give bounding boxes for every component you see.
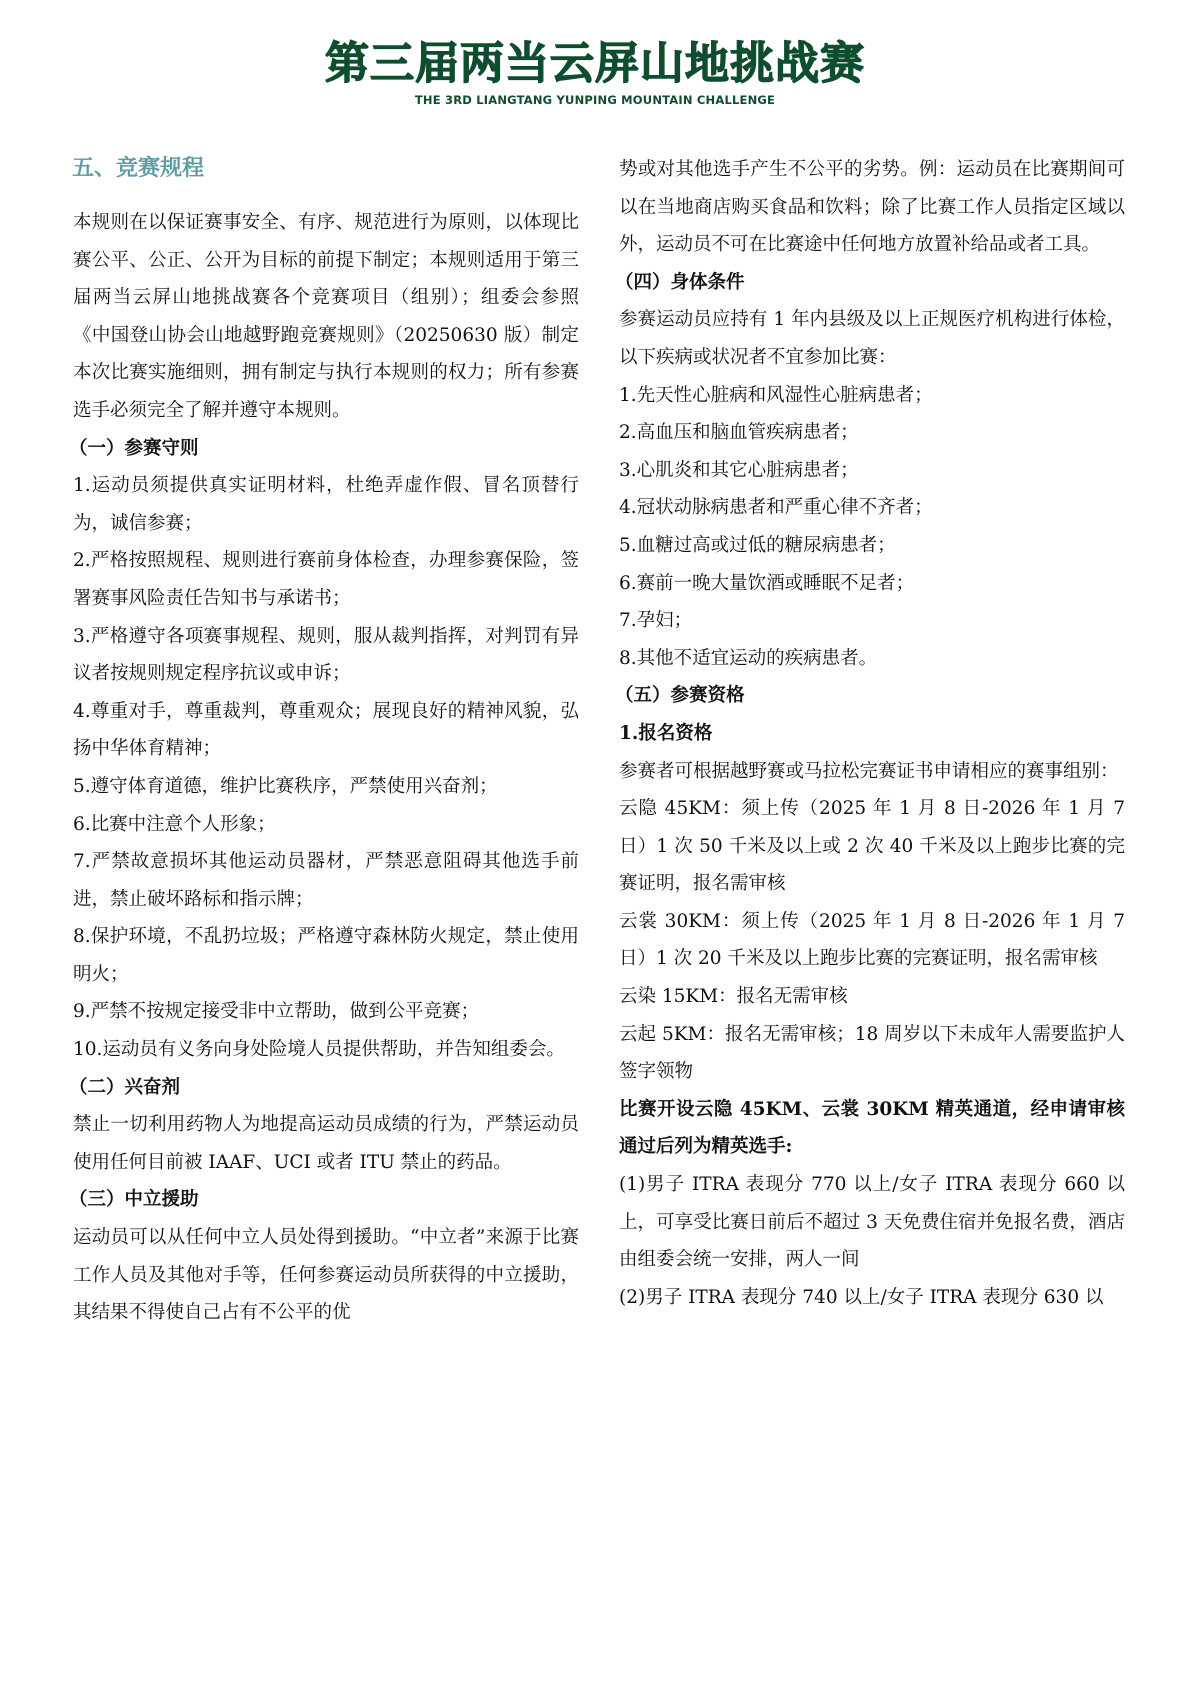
rule-item: 6.比赛中注意个人形象； xyxy=(73,806,579,844)
subheading-registration: 1.报名资格 xyxy=(619,715,1125,753)
rule-item: 7.严禁故意损坏其他运动员器材，严禁恶意阻碍其他选手前进，禁止破坏路标和指示牌； xyxy=(73,843,579,918)
neutral-aid-paragraph: 运动员可以从任何中立人员处得到援助。“中立者”来源于比赛工作人员及其他对手等，任… xyxy=(73,1219,579,1332)
physical-paragraph: 参赛运动员应持有 1 年内县级及以上正规医疗机构进行体检，以下疾病或状况者不宜参… xyxy=(619,301,1125,376)
rule-item: 9.严禁不按规定接受非中立帮助，做到公平竞赛； xyxy=(73,993,579,1031)
subheading-physical: （四）身体条件 xyxy=(615,264,1125,302)
neutral-aid-paragraph-continued: 势或对其他选手产生不公平的劣势。例：运动员在比赛期间可以在当地商店购买食品和饮料… xyxy=(619,151,1125,264)
condition-item: 5.血糖过高或过低的糖尿病患者； xyxy=(619,527,1125,565)
group-item: 云隐 45KM：须上传（2025 年 1 月 8 日-2026 年 1 月 7 … xyxy=(619,790,1125,903)
condition-item: 7.孕妇； xyxy=(619,602,1125,640)
group-item: 云裳 30KM：须上传（2025 年 1 月 8 日-2026 年 1 月 7 … xyxy=(619,903,1125,978)
rule-item: 4.尊重对手，尊重裁判，尊重观众；展现良好的精神风貌，弘扬中华体育精神； xyxy=(73,693,579,768)
condition-item: 3.心肌炎和其它心脏病患者； xyxy=(619,452,1125,490)
intro-paragraph: 本规则在以保证赛事安全、有序、规范进行为原则，以体现比赛公平、公正、公开为目标的… xyxy=(73,204,579,430)
rule-item: 5.遵守体育道德，维护比赛秩序，严禁使用兴奋剂； xyxy=(73,768,579,806)
elite-item: (1)男子 ITRA 表现分 770 以上/女子 ITRA 表现分 660 以上… xyxy=(619,1166,1125,1279)
condition-item: 4.冠状动脉病患者和严重心律不齐者； xyxy=(619,489,1125,527)
rule-item: 3.严格遵守各项赛事规程、规则，服从裁判指挥，对判罚有异议者按规则规定程序抗议或… xyxy=(73,618,579,693)
condition-item: 6.赛前一晚大量饮酒或睡眠不足者； xyxy=(619,565,1125,603)
document-header: 第三届两当云屏山地挑战赛 THE 3RD LIANGTANG YUNPING M… xyxy=(0,38,1190,107)
subheading-rules: （一）参赛守则 xyxy=(69,430,579,468)
condition-item: 8.其他不适宜运动的疾病患者。 xyxy=(619,640,1125,678)
rule-item: 10.运动员有义务向身处险境人员提供帮助，并告知组委会。 xyxy=(73,1031,579,1069)
subheading-doping: （二）兴奋剂 xyxy=(69,1069,579,1107)
subheading-eligibility: （五）参赛资格 xyxy=(615,677,1125,715)
rule-item: 8.保护环境，不乱扔垃圾；严格遵守森林防火规定，禁止使用明火； xyxy=(73,918,579,993)
subheading-neutral-aid: （三）中立援助 xyxy=(69,1181,579,1219)
rule-item: 2.严格按照规程、规则进行赛前身体检查，办理参赛保险，签署赛事风险责任告知书与承… xyxy=(73,542,579,617)
right-column: 势或对其他选手产生不公平的劣势。例：运动员在比赛期间可以在当地商店购买食品和饮料… xyxy=(619,151,1125,1316)
condition-item: 1.先天性心脏病和风湿性心脏病患者； xyxy=(619,377,1125,415)
doping-paragraph: 禁止一切利用药物人为地提高运动员成绩的行为，严禁运动员使用任何目前被 IAAF、… xyxy=(73,1106,579,1181)
elite-note: 比赛开设云隐 45KM、云裳 30KM 精英通道，经申请审核通过后列为精英选手: xyxy=(619,1091,1125,1166)
rule-item: 1.运动员须提供真实证明材料，杜绝弄虚作假、冒名顶替行为，诚信参赛； xyxy=(73,467,579,542)
left-column: 五、竞赛规程 本规则在以保证赛事安全、有序、规范进行为原则，以体现比赛公平、公正… xyxy=(73,150,579,1332)
group-item: 云起 5KM：报名无需审核；18 周岁以下未成年人需要监护人签字领物 xyxy=(619,1016,1125,1091)
group-item: 云染 15KM：报名无需审核 xyxy=(619,978,1125,1016)
eligibility-paragraph: 参赛者可根据越野赛或马拉松完赛证书申请相应的赛事组别： xyxy=(619,753,1125,791)
event-title-cn: 第三届两当云屏山地挑战赛 xyxy=(0,38,1190,90)
elite-item: (2)男子 ITRA 表现分 740 以上/女子 ITRA 表现分 630 以 xyxy=(619,1279,1125,1317)
condition-item: 2.高血压和脑血管疾病患者； xyxy=(619,414,1125,452)
section-title: 五、竞赛规程 xyxy=(72,154,579,184)
event-title-en: THE 3RD LIANGTANG YUNPING MOUNTAIN CHALL… xyxy=(0,93,1190,107)
